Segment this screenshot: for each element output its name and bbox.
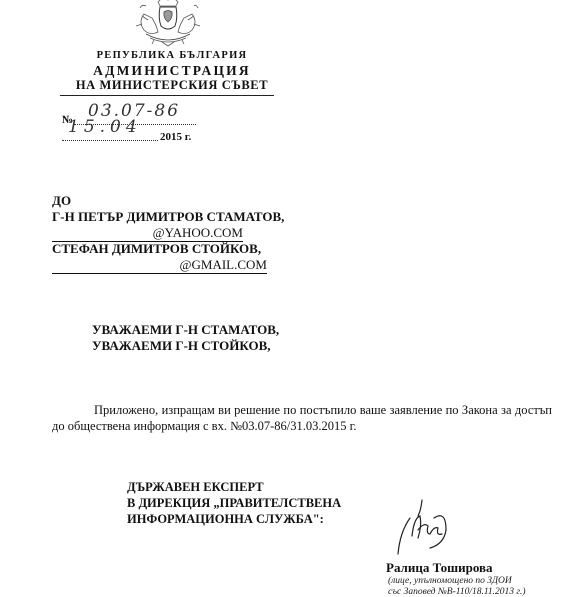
letterhead-divider: [60, 95, 274, 96]
recipient-to-label: ДО: [52, 193, 71, 209]
signer-authorization-line1: (лице, упълномощено по ЗДОИ: [388, 576, 512, 586]
handwritten-signature-icon: [388, 496, 468, 566]
signer-authorization-line2: със Заповед №В-110/18.11.2013 г.): [388, 587, 526, 597]
recipient2-email: @GMAIL.COM: [52, 257, 267, 274]
signer-name: Ралица Тоширова: [386, 560, 493, 576]
registration-year: 2015 г.: [160, 131, 191, 143]
coat-of-arms-icon: [128, 0, 208, 48]
salutation-line2: УВАЖАЕМИ Г-Н СТОЙКОВ,: [92, 338, 271, 354]
signer-title-line2: В ДИРЕКЦИЯ „ПРАВИТЕЛСТВЕНА: [127, 496, 341, 511]
letterhead-council: НА МИНИСТЕРСКИЯ СЪВЕТ: [72, 78, 272, 93]
letterhead-republic: РЕПУБЛИКА БЪЛГАРИЯ: [92, 50, 252, 61]
recipient1-name: Г-Н ПЕТЪР ДИМИТРОВ СТАМАТОВ,: [52, 209, 284, 225]
signer-title-line1: ДЪРЖАВЕН ЕКСПЕРТ: [127, 480, 264, 495]
registration-date-handwritten: 15.04: [68, 117, 142, 137]
signer-title-line3: ИНФОРМАЦИОННА СЛУЖБА":: [127, 512, 324, 527]
recipient2-name: СТЕФАН ДИМИТРОВ СТОЙКОВ,: [52, 241, 261, 257]
body-paragraph: Приложено, изпращам ви решение по постъп…: [52, 402, 552, 434]
letterhead-administration: АДМИНИСТРАЦИЯ: [82, 63, 262, 79]
recipient1-email: @YAHOO.COM: [52, 225, 243, 242]
salutation-line1: УВАЖАЕМИ Г-Н СТАМАТОВ,: [92, 322, 279, 338]
